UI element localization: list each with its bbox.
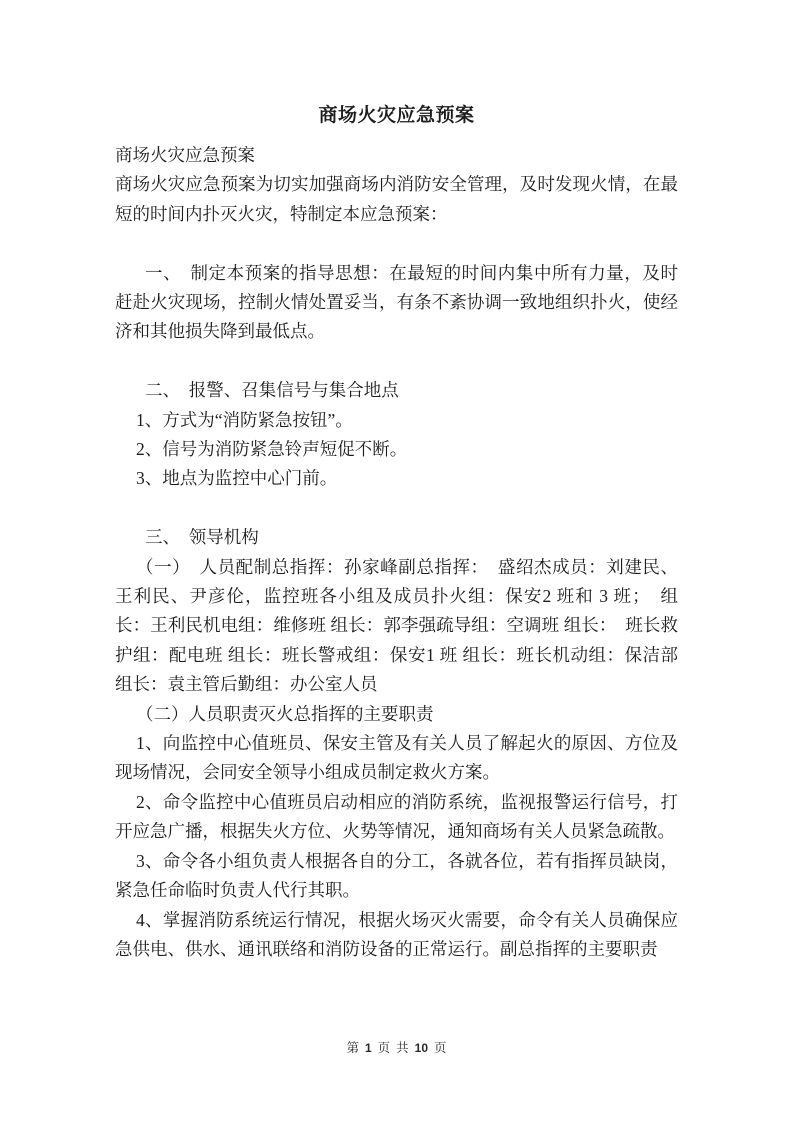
blank-line — [115, 494, 678, 523]
document-body: 商场火灾应急预案商场火灾应急预案为切实加强商场内消防安全管理，及时发现火情，在最… — [115, 141, 678, 964]
footer-label-ye-2: 页 — [434, 1041, 447, 1055]
document-page: 商场火灾应急预案 商场火灾应急预案商场火灾应急预案为切实加强商场内消防安全管理，… — [0, 0, 793, 1122]
paragraph: 二、 报警、召集信号与集合地点 — [115, 376, 678, 405]
paragraph: 商场火灾应急预案为切实加强商场内消防安全管理，及时发现火情，在最短的时间内扑灭火… — [115, 170, 678, 229]
footer-label-ye: 页 — [378, 1041, 391, 1055]
paragraph: 2、命令监控中心值班员启动相应的消防系统，监视报警运行信号，打开应急广播，根据失… — [115, 788, 678, 847]
blank-line — [115, 229, 678, 258]
footer-page-number: 1 — [365, 1041, 372, 1055]
paragraph: 1、向监控中心值班员、保安主管及有关人员了解起火的原因、方位及现场情况，会同安全… — [115, 729, 678, 788]
paragraph: 4、掌握消防系统运行情况，根据火场灭火需要，命令有关人员确保应急供电、供水、通讯… — [115, 906, 678, 965]
page-footer: 第1页共10页 — [0, 1040, 793, 1056]
paragraph: （一） 人员配制总指挥：孙家峰副总指挥： 盛绍杰成员：刘建民、王利民、尹彦伦，监… — [115, 553, 678, 700]
paragraph: 3、命令各小组负责人根据各自的分工，各就各位，若有指挥员缺岗，紧急任命临时负责人… — [115, 847, 678, 906]
blank-line — [115, 347, 678, 376]
document-title: 商场火灾应急预案 — [0, 0, 793, 127]
paragraph: 2、信号为消防紧急铃声短促不断。 — [115, 435, 678, 464]
paragraph: 1、方式为“消防紧急按钮”。 — [115, 406, 678, 435]
footer-total-pages: 10 — [415, 1041, 428, 1055]
paragraph: 三、 领导机构 — [115, 523, 678, 552]
paragraph: 一、 制定本预案的指导思想：在最短的时间内集中所有力量，及时赶赴火灾现场，控制火… — [115, 259, 678, 347]
footer-label-gong: 共 — [396, 1041, 409, 1055]
paragraph: 3、地点为监控中心门前。 — [115, 464, 678, 493]
paragraph: 商场火灾应急预案 — [115, 141, 678, 170]
paragraph: （二）人员职责灭火总指挥的主要职责 — [115, 700, 678, 729]
footer-label-di: 第 — [346, 1041, 359, 1055]
